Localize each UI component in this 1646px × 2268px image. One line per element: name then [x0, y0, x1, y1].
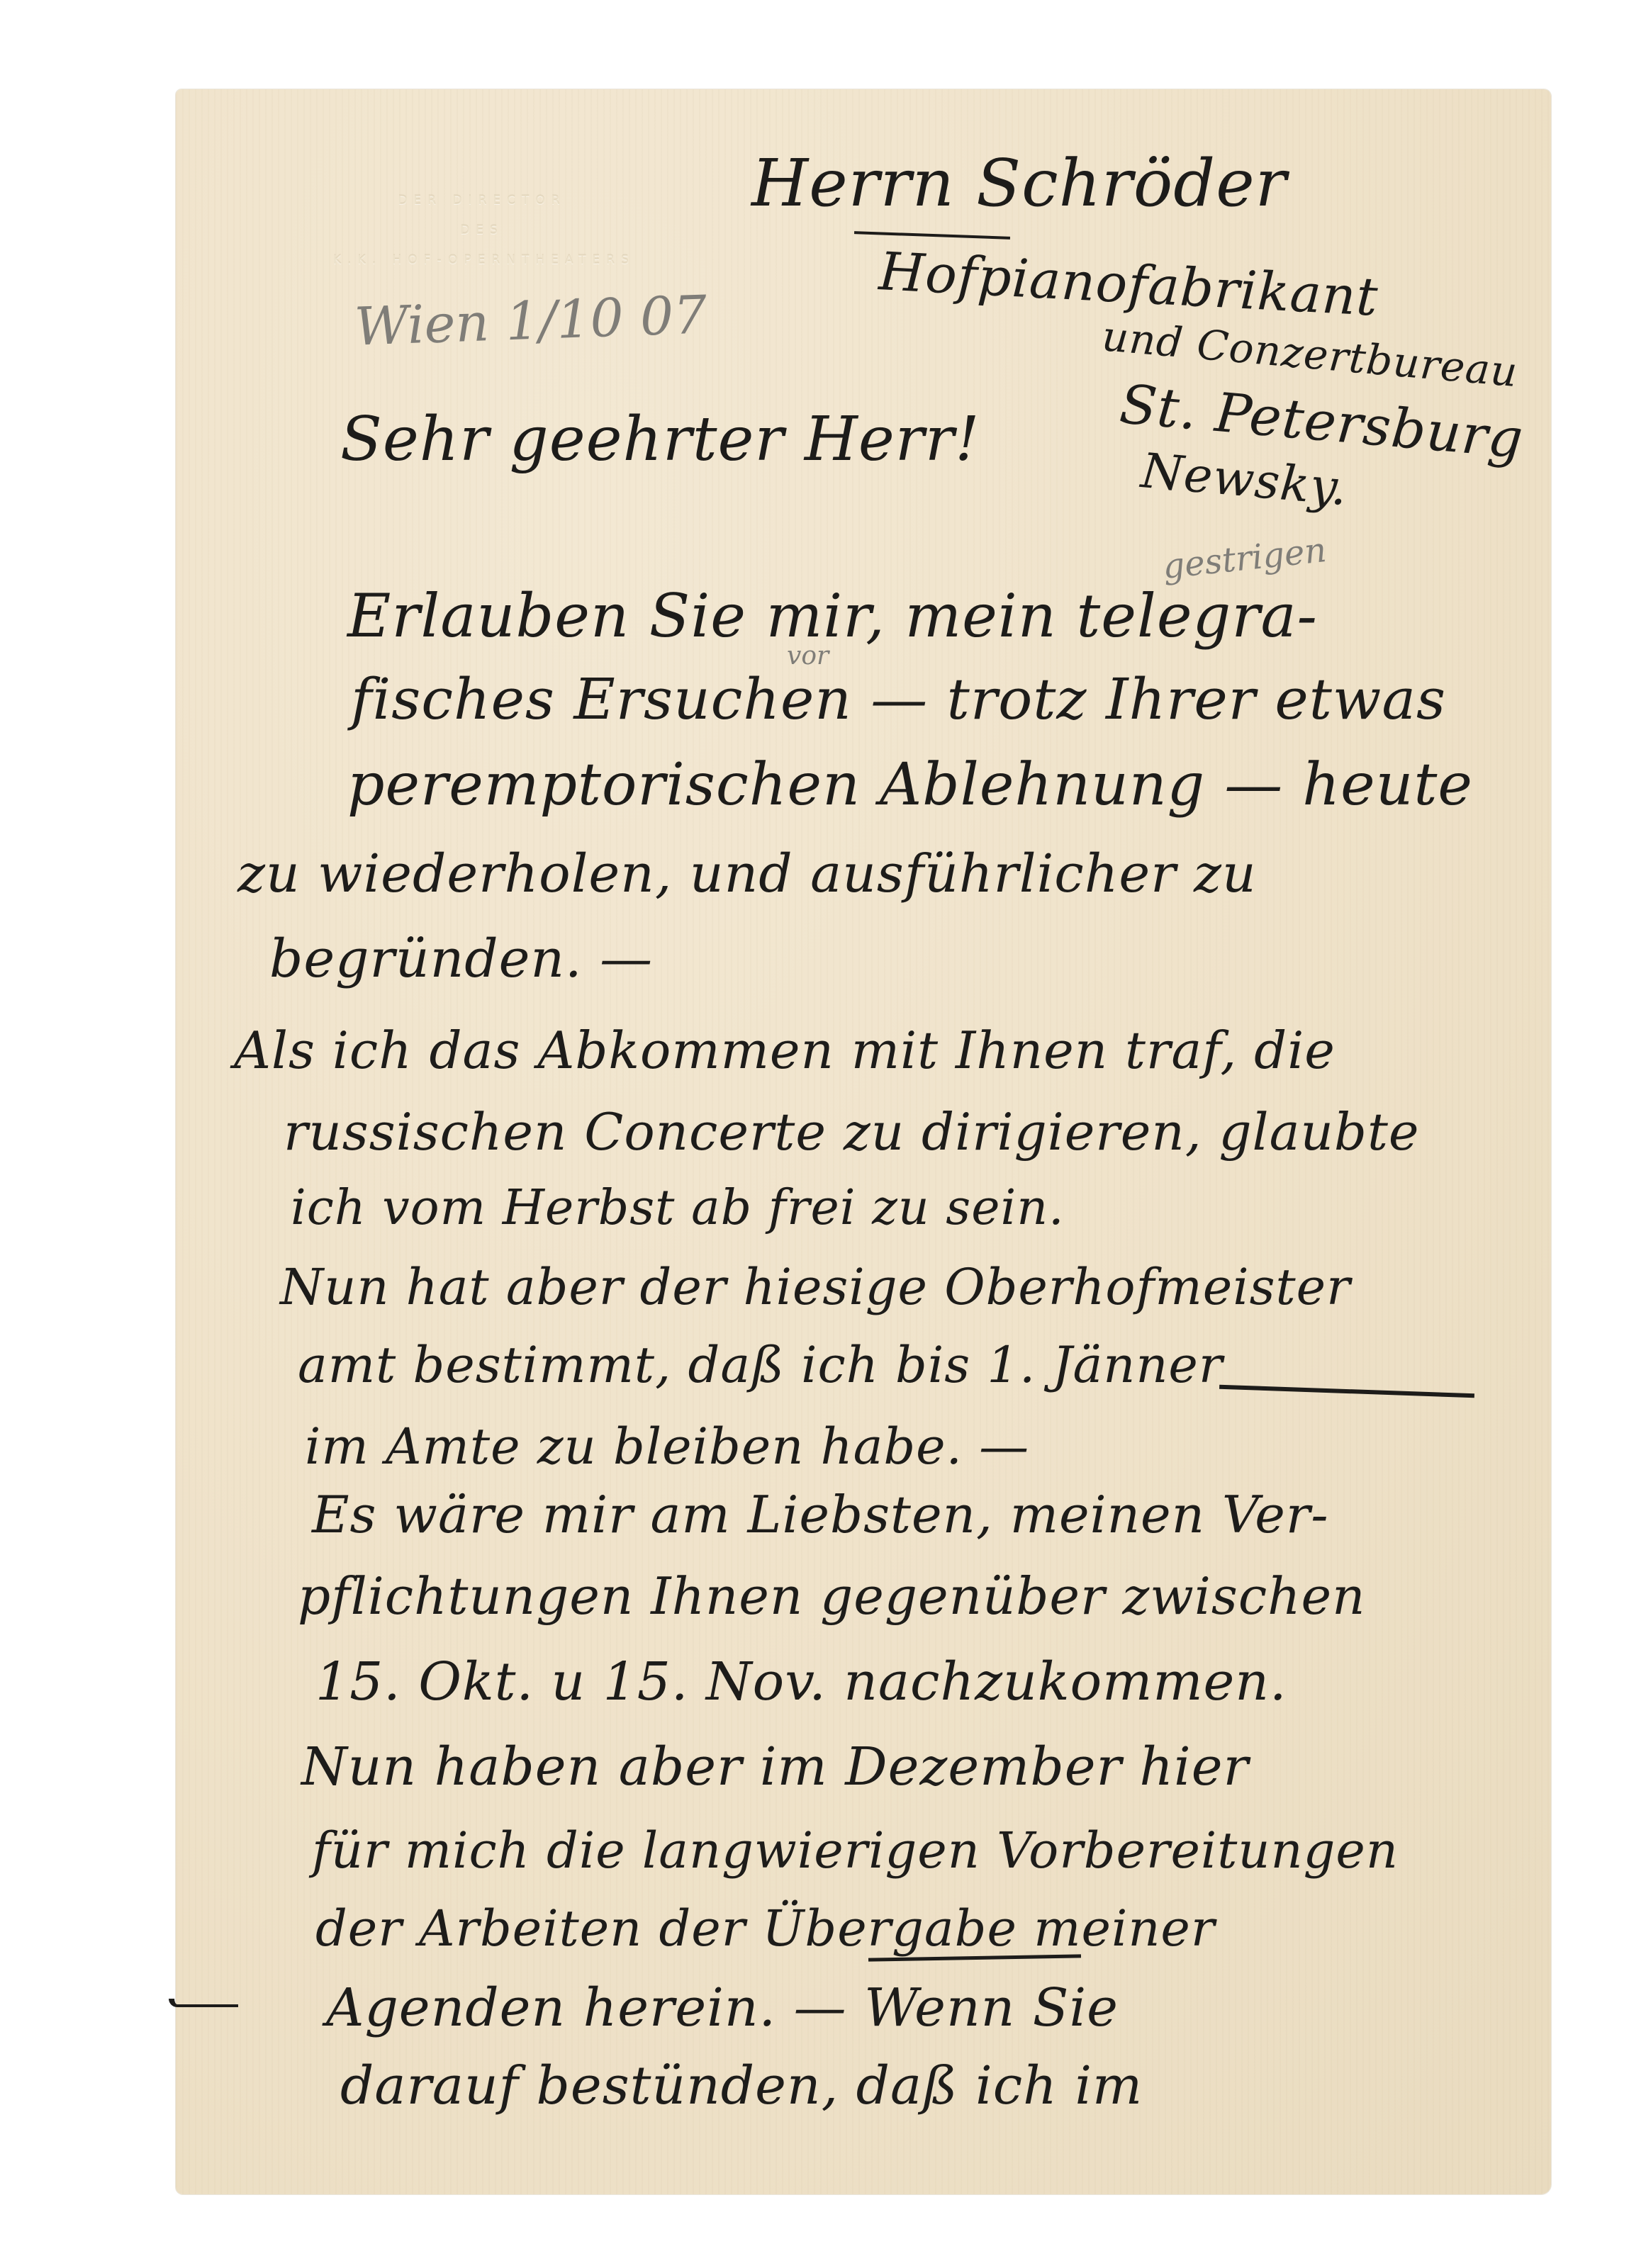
body-line-6: Als ich das Abkommen mit Ihnen traf, die [234, 1021, 1336, 1080]
letterhead-line-3: K.K. HOF-OPERNTHEATERS [333, 245, 631, 275]
body-line-16: für mich die langwierigen Vorbereitungen [312, 1821, 1399, 1880]
body-line-11: im Amte zu bleiben habe. — [305, 1417, 1029, 1476]
body-line-13: pflichtungen Ihnen gegenüber zwischen [298, 1566, 1366, 1626]
body-line-4: zu wiederholen, und ausführlicher zu [237, 843, 1257, 904]
address-recipient: Herrn Schröder [751, 145, 1287, 221]
body-line-9: Nun hat aber der hiesige Oberhofmeister [280, 1258, 1351, 1316]
body-line-5: begründen. — [269, 928, 653, 989]
body-line-12: Es wäre mir am Liebsten, meinen Ver- [312, 1485, 1329, 1544]
body-line-1: Erlauben Sie mir, mein telegra- [347, 581, 1318, 651]
body-line-18: Agenden herein. — Wenn Sie [326, 1977, 1119, 2038]
body-line-2: fisches Ersuchen — trotz Ihrer etwas [351, 666, 1446, 732]
body-line-10: amt bestimmt, daß ich bis 1. Jänner [298, 1336, 1223, 1394]
body-line-19: darauf bestünden, daß ich im [340, 2055, 1143, 2116]
margin-ink-mark [169, 1999, 238, 2007]
body-line-3: peremptorischen Ablehnung — heute [347, 751, 1473, 819]
address-line-1: Herrn Schröder [751, 145, 1287, 221]
body-line-15: Nun haben aber im Dezember hier [301, 1736, 1249, 1797]
embossed-letterhead: DER DIRECTOR DES K.K. HOF-OPERNTHEATERS [333, 186, 631, 275]
body-line-17: der Arbeiten der Übergabe meiner [315, 1899, 1215, 1958]
body-line-7: russischen Concerte zu dirigieren, glaub… [284, 1102, 1420, 1162]
letterhead-line-1: DER DIRECTOR [333, 186, 631, 215]
letterhead-line-2: DES [333, 215, 631, 245]
body-line-8: ich vom Herbst ab frei zu sein. [291, 1180, 1065, 1236]
pencil-date: Wien 1/10 07 [354, 284, 708, 357]
salutation: Sehr geehrter Herr! [340, 404, 980, 475]
body-line-14: 15. Okt. u 15. Nov. nachzukommen. [315, 1651, 1287, 1712]
